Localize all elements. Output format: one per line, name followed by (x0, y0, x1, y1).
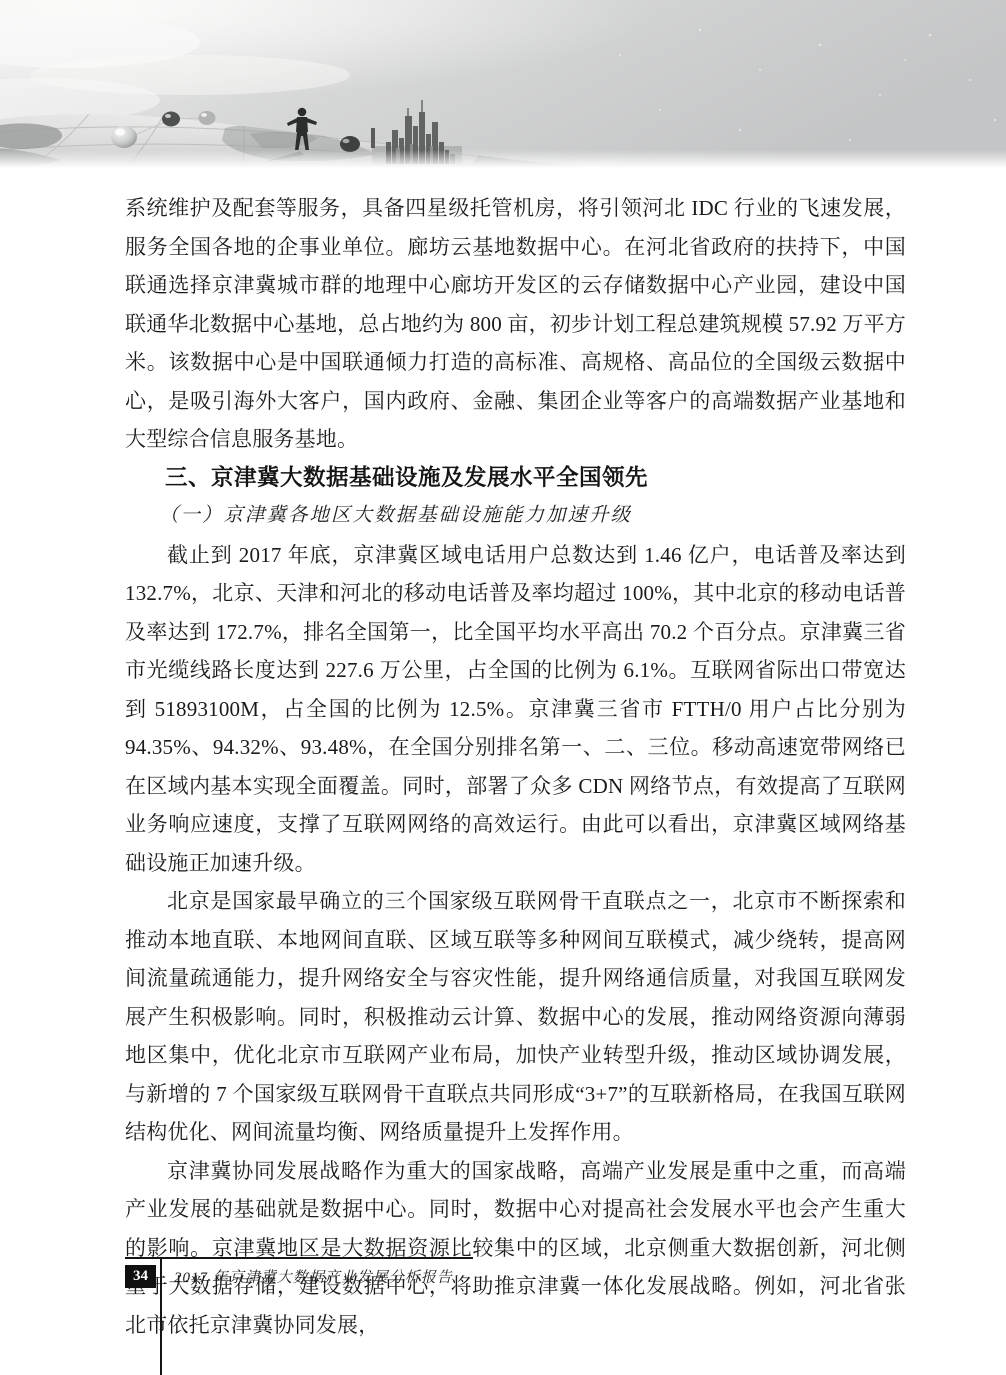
paragraph-continued: 系统维护及配套等服务，具备四星级托管机房，将引领河北 IDC 行业的飞速发展，服… (125, 189, 906, 459)
footer-vertical-rule (160, 1257, 162, 1375)
footer-report-title: 2017 年京津冀大数据产业发展分析报告 (174, 1266, 453, 1287)
banner-graphic (0, 0, 1006, 168)
paragraph-beijing-backbone: 北京是国家最早确立的三个国家级互联网骨干直联点之一，北京市不断探索和推动本地直联… (125, 882, 906, 1152)
page-body: 系统维护及配套等服务，具备四星级托管机房，将引领河北 IDC 行业的飞速发展，服… (125, 189, 906, 1344)
section-heading: 三、京津冀大数据基础设施及发展水平全国领先 (125, 459, 906, 498)
paragraph-coordinated-development: 京津冀协同发展战略作为重大的国家战略，高端产业发展是重中之重，而高端产业发展的基… (125, 1152, 906, 1345)
subsection-heading: （一）京津冀各地区大数据基础设施能力加速升级 (125, 497, 906, 536)
page-number-badge: 34 (125, 1265, 156, 1288)
footer-horizontal-rule (125, 1257, 473, 1259)
report-page: 系统维护及配套等服务，具备四星级托管机房，将引领河北 IDC 行业的飞速发展，服… (0, 0, 1006, 1375)
page-number: 34 (133, 1268, 148, 1284)
paragraph-infrastructure: 截止到 2017 年底，京津冀区域电话用户总数达到 1.46 亿户，电话普及率达… (125, 536, 906, 883)
header-banner-image (0, 0, 1006, 168)
banner-bottom-fade (0, 150, 1006, 168)
